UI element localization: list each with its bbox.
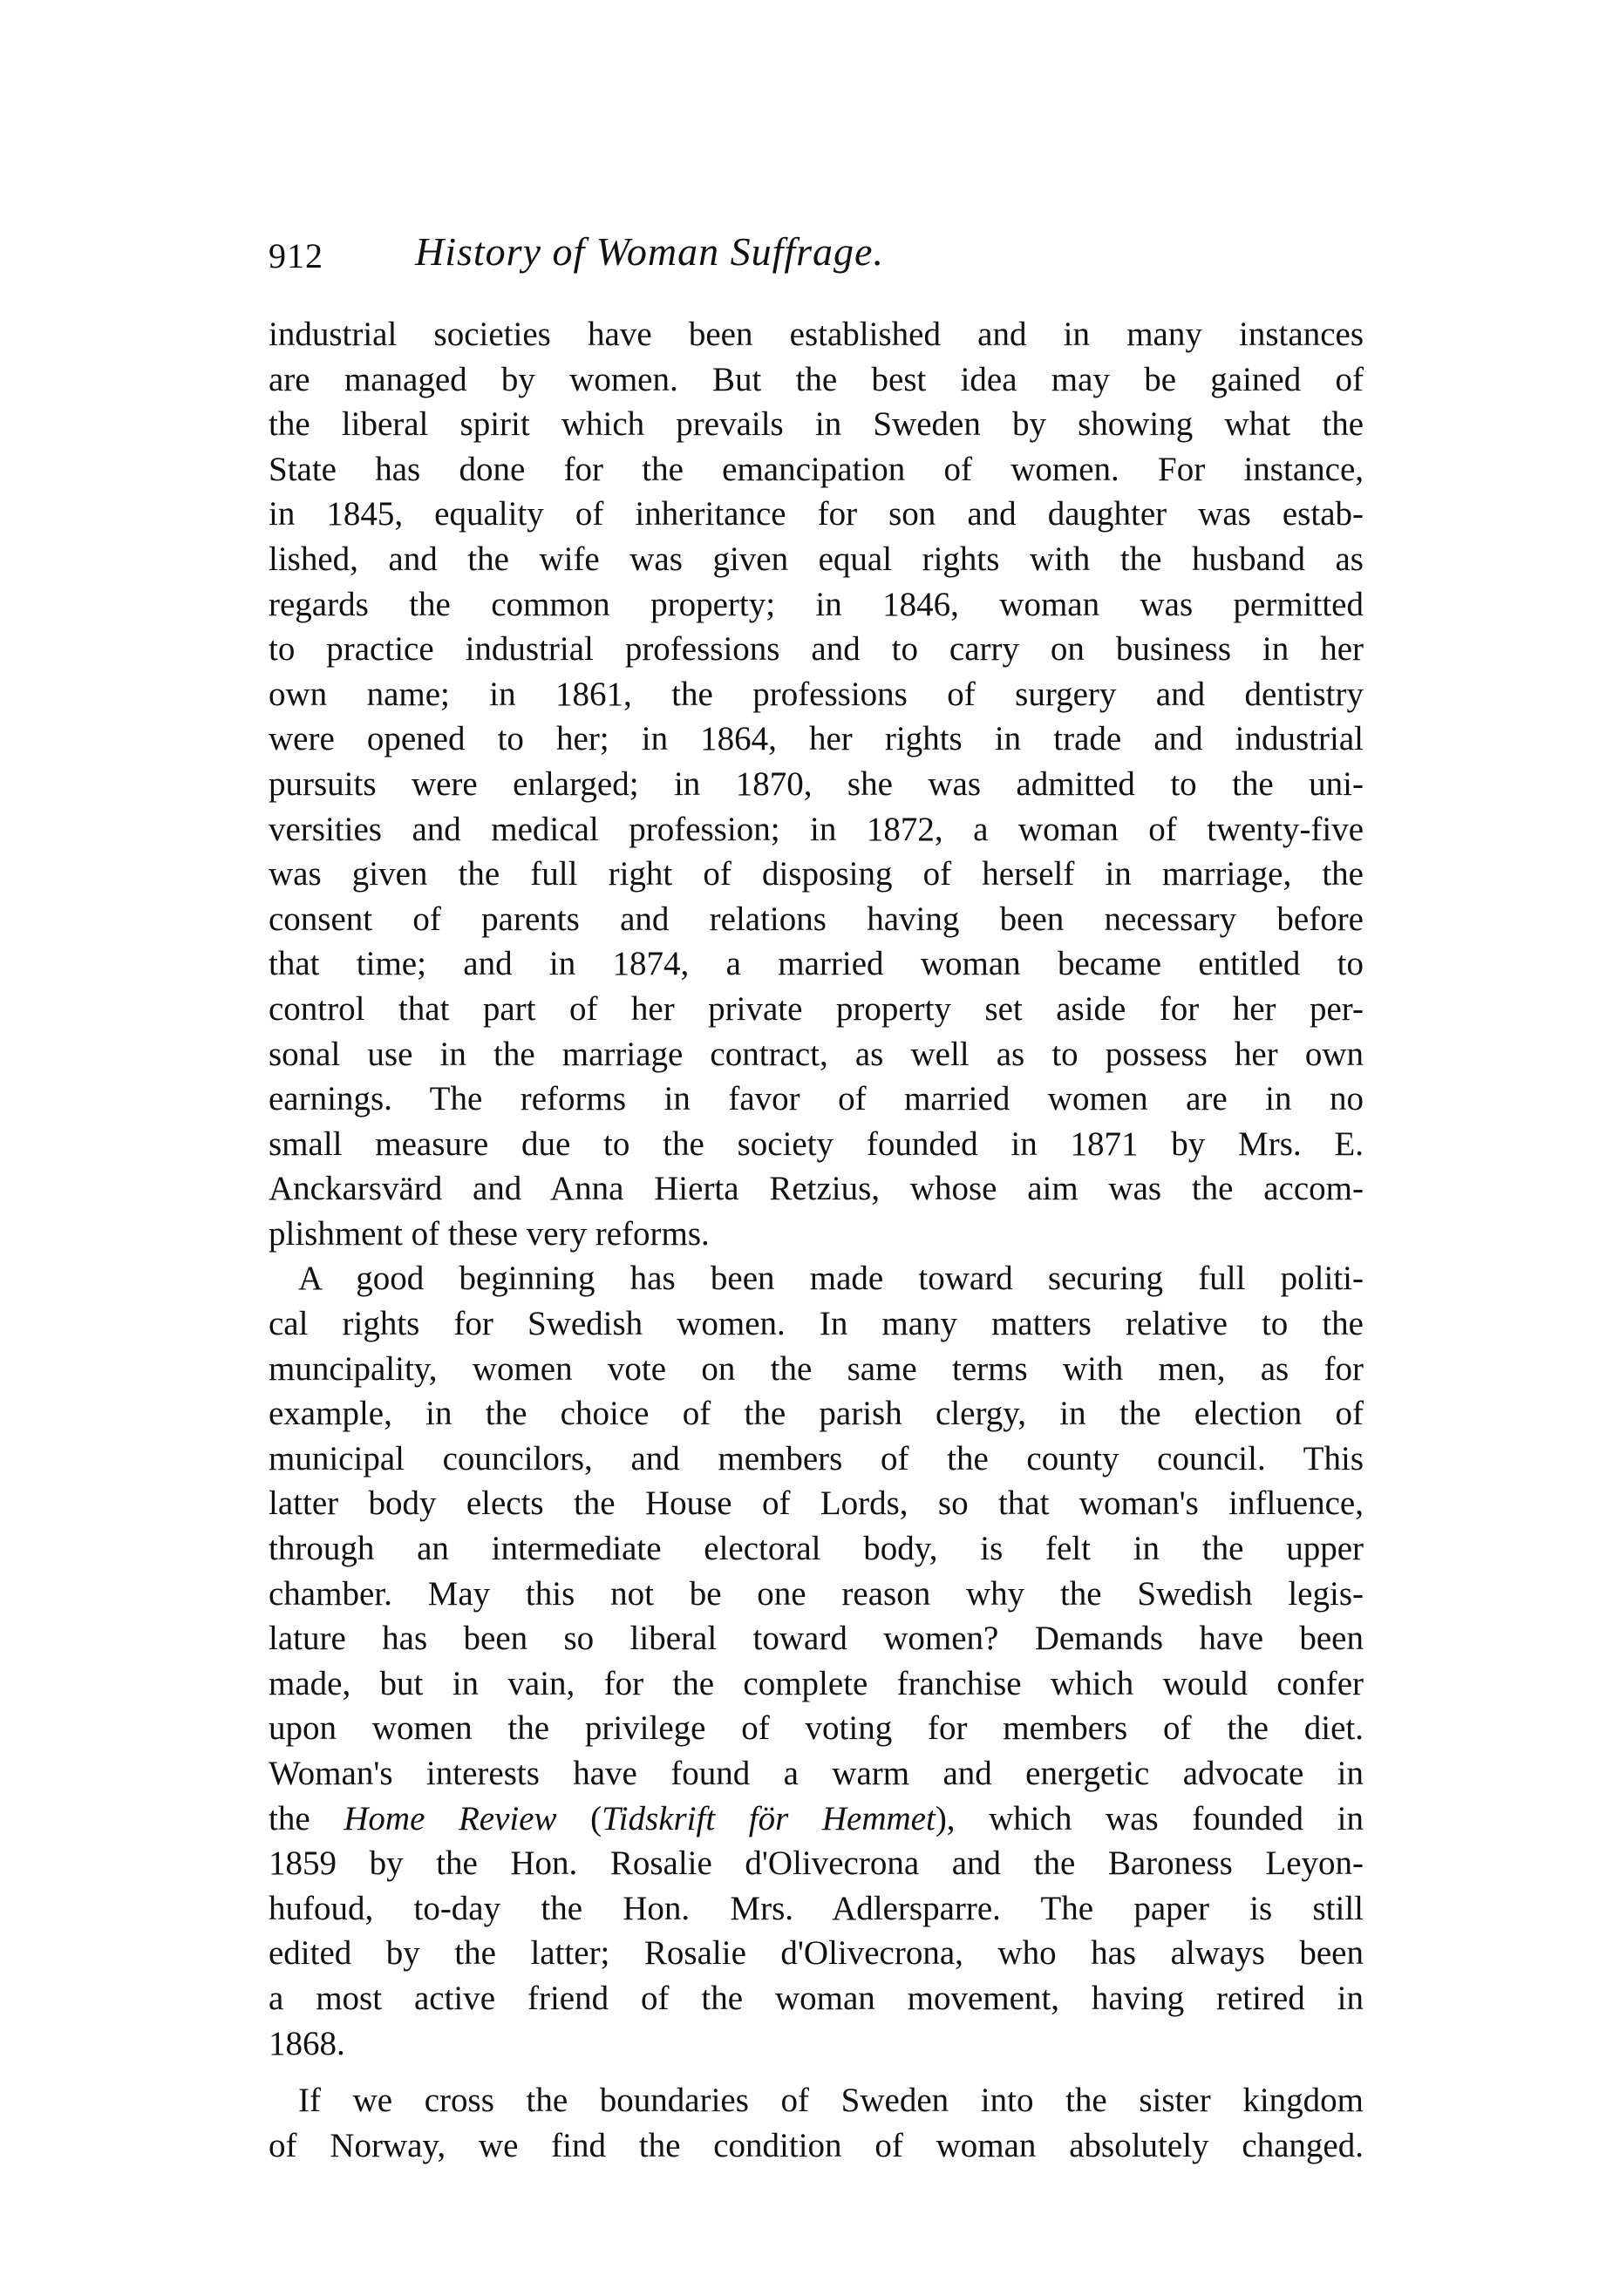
periodical-title-swedish: Tidskrift för Hemmet [602, 1800, 936, 1837]
text-line: own name; in 1861, the professions of su… [269, 672, 1364, 717]
book-page: 912 History of Woman Suffrage. industria… [269, 225, 1364, 2168]
text-line: Anckarsvärd and Anna Hierta Retzius, who… [269, 1166, 1364, 1212]
text-line: in 1845, equality of inheritance for son… [269, 492, 1364, 537]
text-line: through an intermediate electoral body, … [269, 1526, 1364, 1572]
running-head: 912 History of Woman Suffrage. [269, 225, 1364, 286]
text-line: chamber. May this not be one reason why … [269, 1572, 1364, 1617]
text-line: to practice industrial professions and t… [269, 627, 1364, 672]
text-line: cal rights for Swedish women. In many ma… [269, 1301, 1364, 1347]
text-line: edited by the latter; Rosalie d'Olivecro… [269, 1931, 1364, 1976]
text-line: made, but in vain, for the complete fran… [269, 1661, 1364, 1707]
text-line: 1859 by the Hon. Rosalie d'Olivecrona an… [269, 1841, 1364, 1886]
text-line: upon women the privilege of voting for m… [269, 1706, 1364, 1751]
text-line: a most active friend of the woman moveme… [269, 1976, 1364, 2021]
text-line: muncipality, women vote on the same term… [269, 1347, 1364, 1392]
text-line: hufoud, to-day the Hon. Mrs. Adlersparre… [269, 1886, 1364, 1932]
text-line: was given the full right of disposing of… [269, 852, 1364, 897]
body-text: industrial societies have been establish… [269, 312, 1364, 2168]
text-line: industrial societies have been establish… [269, 312, 1364, 357]
paragraph-2: A good beginning has been made toward se… [269, 1256, 1364, 2066]
running-title: History of Woman Suffrage. [415, 228, 884, 275]
text-fragment: ( [557, 1800, 602, 1837]
text-line: consent of parents and relations having … [269, 897, 1364, 942]
text-line: example, in the choice of the parish cle… [269, 1391, 1364, 1437]
text-line: pursuits were enlarged; in 1870, she was… [269, 762, 1364, 807]
text-line: regards the common property; in 1846, wo… [269, 582, 1364, 628]
text-line: small measure due to the society founded… [269, 1122, 1364, 1167]
periodical-title-english: Home Review [344, 1800, 556, 1837]
text-line: plishment of these very reforms. [269, 1212, 1364, 1257]
text-line: versities and medical profession; in 187… [269, 807, 1364, 853]
text-line: 1868. [269, 2021, 1364, 2067]
text-line: are managed by women. But the best idea … [269, 357, 1364, 403]
page-number: 912 [269, 235, 323, 276]
text-line-with-titles: the Home Review (Tidskrift för Hemmet), … [269, 1797, 1364, 1842]
text-line: that time; and in 1874, a married woman … [269, 941, 1364, 987]
text-line: control that part of her private propert… [269, 987, 1364, 1032]
text-line: State has done for the emancipation of w… [269, 447, 1364, 492]
paragraph-1: industrial societies have been establish… [269, 312, 1364, 1256]
text-fragment: the [269, 1800, 344, 1837]
text-line: If we cross the boundaries of Sweden int… [269, 2078, 1364, 2123]
text-fragment: ), which was founded in [936, 1800, 1364, 1837]
text-line: lished, and the wife was given equal rig… [269, 537, 1364, 582]
text-line: municipal councilors, and members of the… [269, 1437, 1364, 1482]
text-line: Woman's interests have found a warm and … [269, 1751, 1364, 1797]
text-line: lature has been so liberal toward women?… [269, 1616, 1364, 1661]
text-line: the liberal spirit which prevails in Swe… [269, 402, 1364, 447]
paragraph-spacer [269, 2066, 1364, 2078]
paragraph-3: If we cross the boundaries of Sweden int… [269, 2078, 1364, 2168]
text-line: A good beginning has been made toward se… [269, 1256, 1364, 1301]
text-line: latter body elects the House of Lords, s… [269, 1481, 1364, 1526]
text-line: sonal use in the marriage contract, as w… [269, 1032, 1364, 1077]
text-line: of Norway, we find the condition of woma… [269, 2123, 1364, 2169]
text-line: were opened to her; in 1864, her rights … [269, 717, 1364, 762]
text-line: earnings. The reforms in favor of marrie… [269, 1077, 1364, 1122]
